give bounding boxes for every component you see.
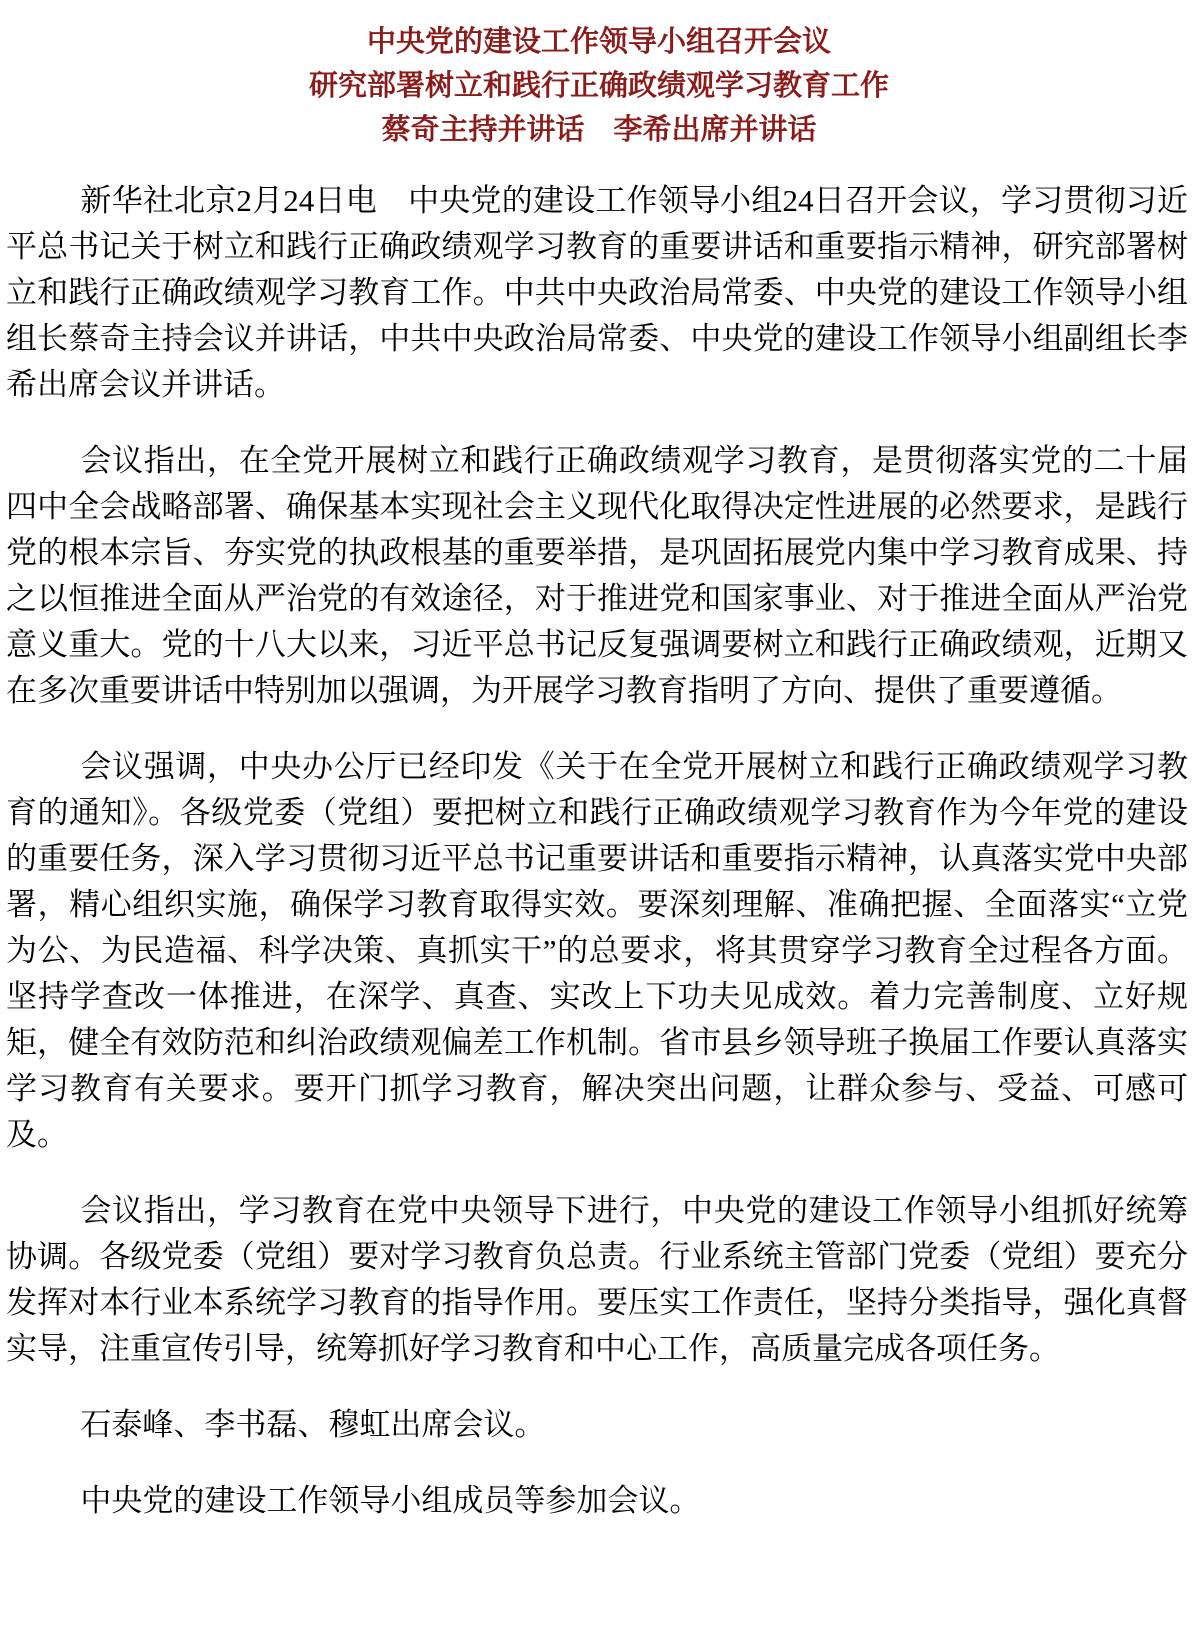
article-paragraph-participants: 中央党的建设工作领导小组成员等参加会议。 xyxy=(6,1478,1188,1524)
headline-line-2: 研究部署树立和践行正确政绩观学习教育工作 xyxy=(0,64,1198,108)
article-body: 新华社北京2月24日电 中央党的建设工作领导小组24日召开会议，学习贯彻习近平总… xyxy=(0,152,1198,1524)
article-headline: 中央党的建设工作领导小组召开会议 研究部署树立和践行正确政绩观学习教育工作 蔡奇… xyxy=(0,0,1198,152)
headline-line-3: 蔡奇主持并讲话 李希出席并讲话 xyxy=(0,108,1198,152)
article-paragraph: 会议强调，中央办公厅已经印发《关于在全党开展树立和践行正确政绩观学习教育的通知》… xyxy=(6,744,1188,1158)
article-paragraph-dateline: 新华社北京2月24日电 中央党的建设工作领导小组24日召开会议，学习贯彻习近平总… xyxy=(6,178,1188,408)
article-paragraph: 会议指出，学习教育在党中央领导下进行，中央党的建设工作领导小组抓好统筹协调。各级… xyxy=(6,1188,1188,1372)
headline-line-1: 中央党的建设工作领导小组召开会议 xyxy=(0,20,1198,64)
article-paragraph: 会议指出，在全党开展树立和践行正确政绩观学习教育，是贯彻落实党的二十届四中全会战… xyxy=(6,438,1188,714)
article-page: 中央党的建设工作领导小组召开会议 研究部署树立和践行正确政绩观学习教育工作 蔡奇… xyxy=(0,0,1198,1636)
article-paragraph-attendees: 石泰峰、李书磊、穆虹出席会议。 xyxy=(6,1402,1188,1448)
